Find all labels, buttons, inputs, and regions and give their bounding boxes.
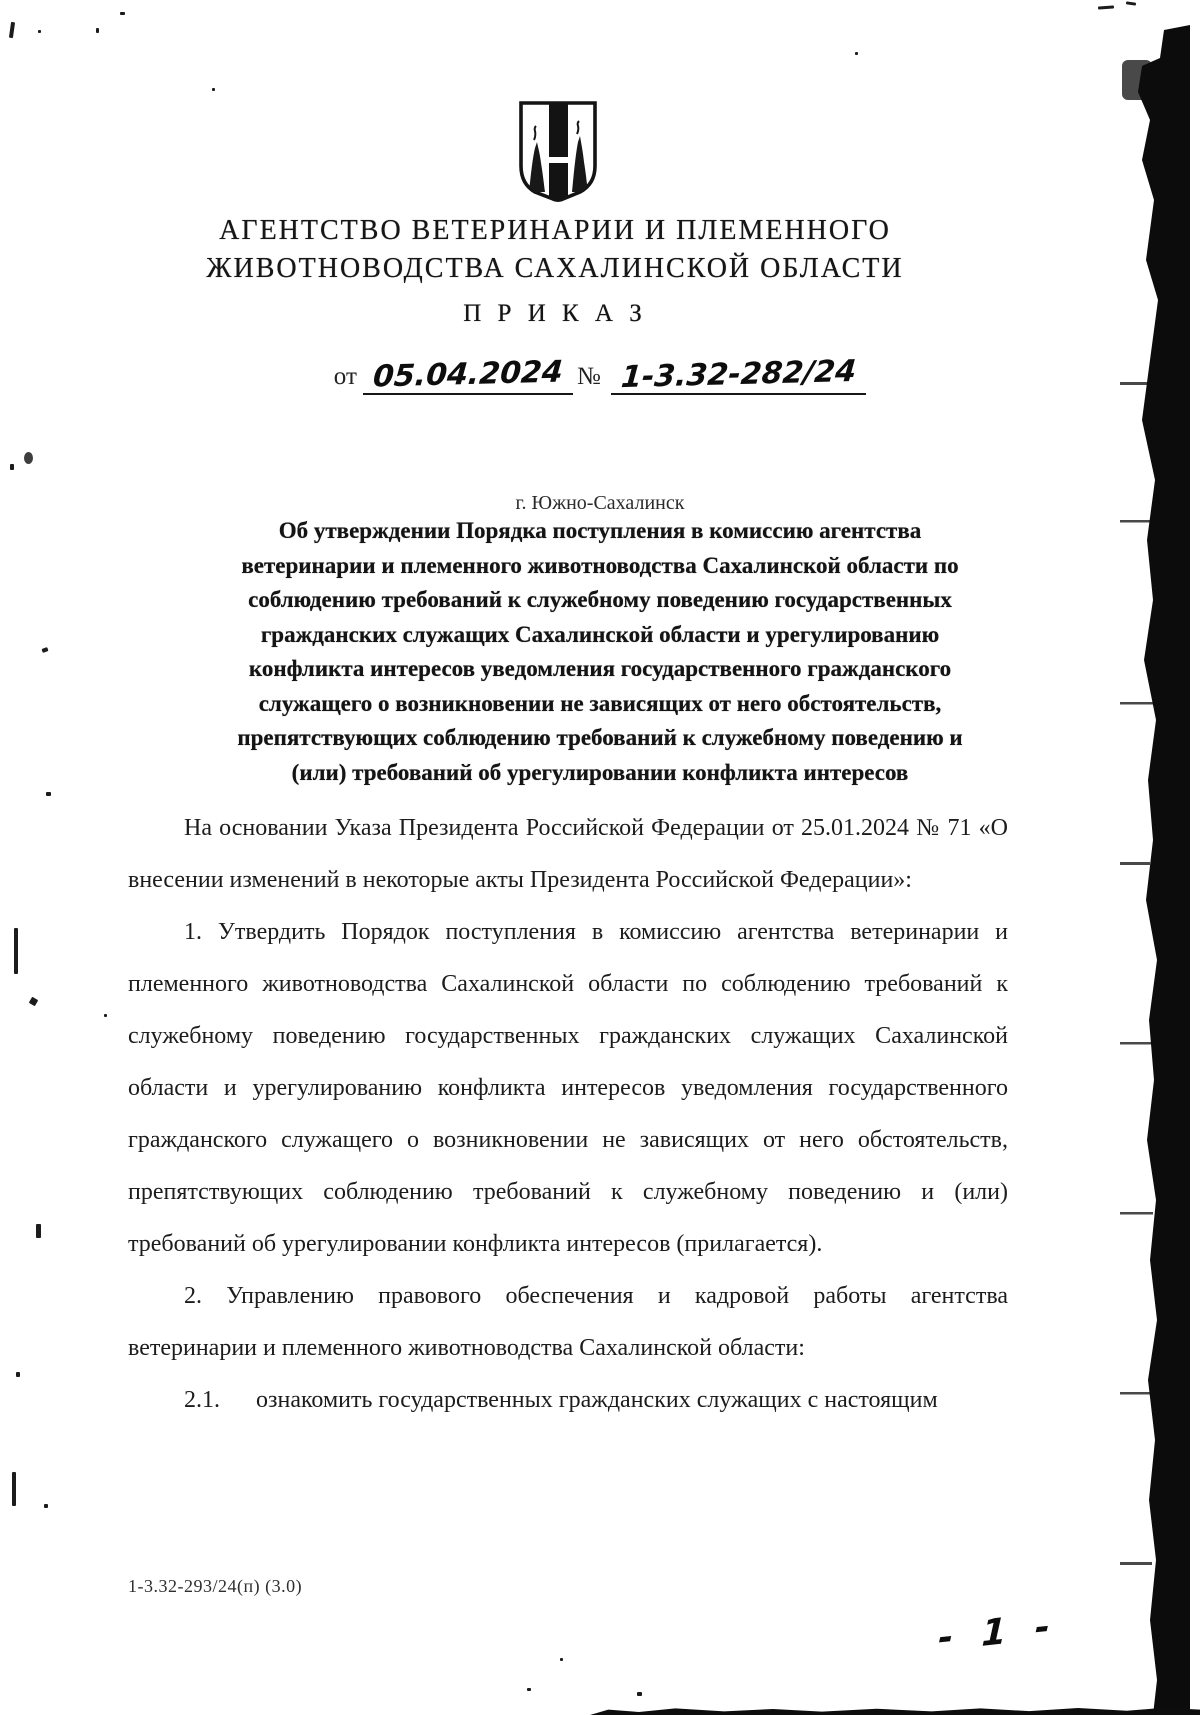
scan-speck bbox=[46, 792, 51, 796]
sakhalin-coat-of-arms-icon bbox=[516, 100, 600, 204]
scan-speck bbox=[96, 28, 99, 33]
order-title: Об утверждении Порядка поступления в ком… bbox=[115, 514, 1085, 790]
scanned-order-document: АГЕНТСТВО ВЕТЕРИНАРИИ И ПЛЕМЕННОГО ЖИВОТ… bbox=[0, 0, 1200, 1715]
scan-speck bbox=[1098, 5, 1114, 9]
body-paragraph: На основании Указа Президента Российской… bbox=[128, 802, 1008, 906]
handwritten-date: 05.04.2024 bbox=[372, 357, 564, 392]
scan-speck bbox=[14, 928, 18, 974]
scan-speck bbox=[855, 52, 858, 55]
scan-speck bbox=[637, 1692, 642, 1696]
scan-speck bbox=[120, 12, 125, 15]
scan-speck bbox=[44, 1504, 48, 1508]
scan-speck bbox=[527, 1688, 531, 1691]
order-title-line: конфликта интересов уведомления государс… bbox=[115, 652, 1085, 687]
order-title-line: соблюдению требований к служебному повед… bbox=[115, 583, 1085, 618]
scan-speck bbox=[12, 1472, 16, 1506]
scan-speck bbox=[560, 1658, 563, 1661]
date-number-line: от 05.04.2024№ 1-3.32-282/24 bbox=[150, 360, 1050, 395]
document-type-heading: П Р И К А З bbox=[110, 300, 1000, 328]
order-title-line: Об утверждении Порядка поступления в ком… bbox=[115, 514, 1085, 549]
agency-name: АГЕНТСТВО ВЕТЕРИНАРИИ И ПЛЕМЕННОГО ЖИВОТ… bbox=[110, 212, 1000, 288]
handwritten-page-number: - 1 - bbox=[938, 1606, 1059, 1660]
number-field: 1-3.32-282/24 bbox=[611, 360, 866, 395]
scan-speck bbox=[9, 22, 15, 38]
scan-edge-artifact bbox=[1120, 0, 1200, 1715]
date-field: 05.04.2024 bbox=[363, 360, 573, 395]
handwritten-number: 1-3.32-282/24 bbox=[620, 357, 857, 393]
order-title-line: служащего о возникновении не зависящих о… bbox=[115, 687, 1085, 722]
body-paragraph: 2.1. ознакомить государственных гражданс… bbox=[128, 1374, 1008, 1426]
city-line: г. Южно-Сахалинск bbox=[150, 492, 1050, 515]
scan-speck bbox=[212, 88, 215, 91]
order-title-line: ветеринарии и племенного животноводства … bbox=[115, 549, 1085, 584]
scan-speck bbox=[24, 452, 33, 464]
date-prefix: от bbox=[334, 363, 357, 390]
scan-bottom-artifact bbox=[590, 1703, 1200, 1715]
scan-speck bbox=[104, 1014, 107, 1017]
agency-name-line1: АГЕНТСТВО ВЕТЕРИНАРИИ И ПЛЕМЕННОГО bbox=[110, 212, 1000, 250]
scan-speck bbox=[16, 1372, 20, 1377]
footer-document-code: 1-3.32-293/24(п) (3.0) bbox=[128, 1576, 302, 1597]
order-title-line: (или) требований об урегулировании конфл… bbox=[115, 756, 1085, 791]
agency-name-line2: ЖИВОТНОВОДСТВА САХАЛИНСКОЙ ОБЛАСТИ bbox=[110, 250, 1000, 288]
body-paragraph: 2. Управлению правового обеспечения и ка… bbox=[128, 1270, 1008, 1374]
scan-speck bbox=[36, 1224, 41, 1238]
scan-speck bbox=[29, 997, 39, 1007]
scan-speck bbox=[38, 30, 41, 33]
scan-speck bbox=[41, 647, 48, 653]
order-body: На основании Указа Президента Российской… bbox=[128, 802, 1008, 1426]
body-paragraph: 1. Утвердить Порядок поступления в комис… bbox=[128, 906, 1008, 1270]
order-title-line: препятствующих соблюдению требований к с… bbox=[115, 721, 1085, 756]
number-sign: № bbox=[573, 363, 605, 390]
scan-speck bbox=[10, 464, 14, 470]
order-title-line: гражданских служащих Сахалинской области… bbox=[115, 618, 1085, 653]
